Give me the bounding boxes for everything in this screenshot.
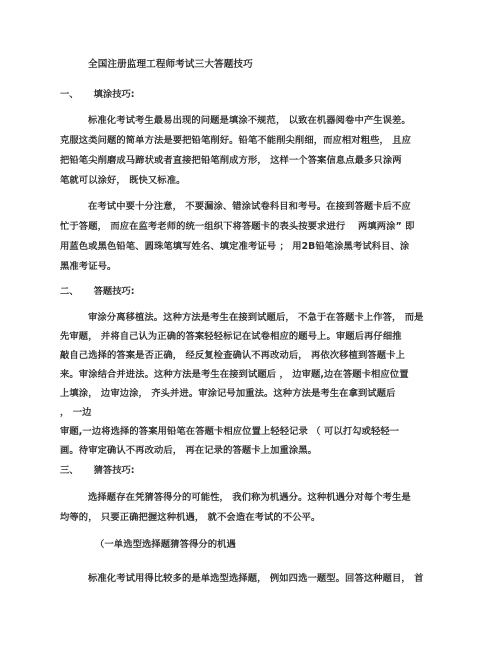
heading-number: 一、 [60,89,79,100]
text-line: 审涂分离移植法。这种方法是考生在接到试题后， 不急于在答题卡上作答， 而是 [60,308,440,327]
heading-number: 二、 [60,286,79,297]
paragraph-filling-tips-1: 标准化考试考生最易出现的问题是填涂不规范， 以致在机器阅卷中产生误差。克服这类问… [60,111,440,191]
subheading-single-choice: （一单选型选择题猜答得分的机遇 [60,535,440,555]
text-line: ， 一边 [60,403,440,422]
document-title: 全国注册监理工程师考试三大答题技巧 [60,55,440,75]
document-page: 全国注册监理工程师考试三大答题技巧一、填涂技巧:标准化考试考生最易出现的问题是填… [0,0,500,648]
section-heading-1: 一、填涂技巧: [60,85,440,105]
paragraph-single-choice: 标准化考试用得比较多的是单选型选择题， 例如四选一题型。回答这种题目， 首 [60,569,440,589]
document-content: 全国注册监理工程师考试三大答题技巧一、填涂技巧:标准化考试考生最易出现的问题是填… [0,0,500,589]
paragraph-answering-tips: 审涂分离移植法。这种方法是考生在接到试题后， 不急于在答题卡上作答， 而是先审题… [60,308,440,460]
text-line: （一单选型选择题猜答得分的机遇 [60,535,440,555]
heading-label: 填涂技巧: [94,89,135,100]
text-line: 在考试中要十分注意， 不要漏涂、错涂试卷科目和考号。在接到答题卡后不应 [60,197,440,217]
text-line: 笔就可以涂好， 既快又标准。 [60,171,440,191]
text-line: 把铅笔尖削磨成马蹄状或者直接把铅笔削成方形， 这样一个答案信息点最多只涂两 [60,151,440,171]
text-line: 敲自己选择的答案是否正确， 经反复检查确认不再改动后， 再依次移植到答题卡上 [60,346,440,365]
text-line: 审题,一边将选择的答案用铅笔在答题卡相应位置上轻轻记录 （ 可以打勾或轻轻一 [60,422,440,441]
text-line: 标准化考试用得比较多的是单选型选择题， 例如四选一题型。回答这种题目， 首 [60,569,440,589]
text-line: 先审题， 并将自己认为正确的答案轻轻标记在试卷相应的题号上。审题后再仔细推 [60,327,440,346]
text-line: 用蓝色或黑色铅笔、圆珠笔填写姓名、填定准考证号 ； 用2B铅笔涂黑考试科目、涂 [60,237,440,257]
text-line: 均等的， 只要正确把握这种机遇， 就不会造在考试的不公平。 [60,508,440,528]
paragraph-guessing-tips: 选择题存在凭猜答得分的可能性， 我们称为机遇分。这种机遇分对每个考生是均等的， … [60,488,440,528]
text-line: 全国注册监理工程师考试三大答题技巧 [60,55,440,75]
text-line: 上填涂， 边审边涂， 齐头并进。审涂记号加重法。这种方法是考生在拿到试题后 [60,384,440,403]
text-line: 克服这类问题的简单方法是要把铅笔削好。铅笔不能削尖削细，而应相对粗些， 且应 [60,131,440,151]
text-line: 画。待审定确认不再改动后， 再在记录的答题卡上加重涂黑。 [60,441,440,460]
section-heading-2: 二、答题技巧: [60,282,440,302]
text-line: 黑准考证号。 [60,257,440,277]
text-line: 选择题存在凭猜答得分的可能性， 我们称为机遇分。这种机遇分对每个考生是 [60,488,440,508]
text-line: 来。审涂结合并进法。这种方法是考生在接到试题后 ， 边审题,边在答题卡相应位置 [60,365,440,384]
section-heading-3: 三、猜答技巧: [60,461,440,481]
heading-label: 答题技巧: [94,286,135,297]
heading-label: 猜答技巧: [94,465,135,476]
paragraph-filling-tips-2: 在考试中要十分注意， 不要漏涂、错涂试卷科目和考号。在接到答题卡后不应忙于答题，… [60,197,440,277]
text-line: 标准化考试考生最易出现的问题是填涂不规范， 以致在机器阅卷中产生误差。 [60,111,440,131]
heading-number: 三、 [60,465,79,476]
text-line: 忙于答题， 而应在监考老师的统一组织下将答题卡的表头按要求进行 两填两涂” 即 [60,217,440,237]
